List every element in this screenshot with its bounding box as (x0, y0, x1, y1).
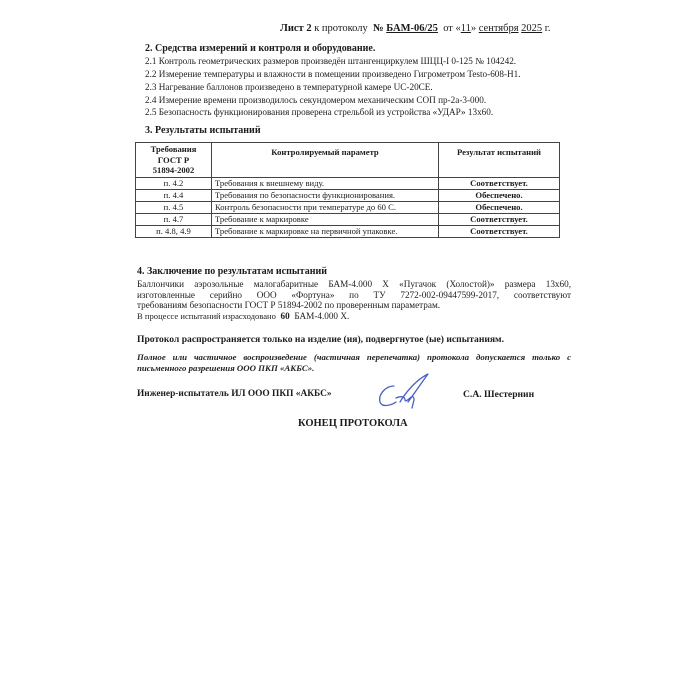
page-header: Лист 2 к протоколу № БАМ-06/25 от «11» с… (280, 23, 551, 34)
table-row: п. 4.7Требование к маркировкеСоответству… (136, 213, 560, 225)
clause-cell: п. 4.8, 4.9 (136, 225, 212, 237)
clause-cell: п. 4.7 (136, 213, 212, 225)
table-row: п. 4.8, 4.9Требование к маркировке на пе… (136, 225, 560, 237)
section-2-title: 2. Средства измерений и контроля и обору… (145, 43, 375, 54)
section-2-item: 2.1 Контроль геометрических размеров про… (145, 56, 516, 66)
result-cell: Соответствует. (439, 177, 560, 189)
reproduction-note: Полное или частичное воспроизведение (ча… (137, 352, 571, 373)
clause-cell: п. 4.2 (136, 177, 212, 189)
conclusion-line: Баллончики аэрозольные малогабаритные БА… (137, 279, 571, 289)
conclusion-line: изготовленные серийно ООО «Фортуна» по Т… (137, 290, 571, 300)
document-page: Лист 2 к протоколу № БАМ-06/25 от «11» с… (0, 0, 700, 700)
result-cell: Обеспечено. (439, 201, 560, 213)
section-2-item: 2.5 Безопасность функционирования провер… (145, 107, 493, 117)
result-cell: Обеспечено. (439, 189, 560, 201)
section-3-title: 3. Результаты испытаний (145, 125, 261, 136)
parameter-cell: Требование к маркировке (212, 213, 439, 225)
year: 2025 (521, 23, 542, 34)
signature-icon (372, 372, 442, 414)
consumed-count: 60 (281, 311, 290, 321)
table-header-row: Требования ГОСТ Р 51894-2002 Контролируе… (136, 143, 560, 178)
month: сентября (479, 23, 519, 34)
section-2-item: 2.4 Измерение времени производилось секу… (145, 95, 486, 105)
consumed-item: БАМ-4.000 Х. (294, 311, 349, 321)
protocol-number: БАМ-06/25 (386, 23, 438, 34)
section-2-item: 2.3 Нагревание баллонов произведено в те… (145, 82, 433, 92)
table-row: п. 4.2Требования к внешнему виду.Соответ… (136, 177, 560, 189)
signatory-name: С.А. Шестернин (463, 389, 534, 400)
signatory-position: Инженер-испытатель ИЛ ООО ПКП «АКБС» (137, 389, 332, 399)
to-protocol-text: к протоколу (314, 23, 368, 34)
scope-note: Протокол распространяется только на изде… (137, 334, 504, 345)
sheet-number: 2 (306, 23, 311, 34)
section-4-title: 4. Заключение по результатам испытаний (137, 266, 327, 277)
parameter-cell: Требования по безопасности функционирова… (212, 189, 439, 201)
number-sign: № (373, 23, 384, 34)
result-cell: Соответствует. (439, 225, 560, 237)
result-cell: Соответствует. (439, 213, 560, 225)
consumed-line: В процессе испытаний израсходовано 60 БА… (137, 311, 349, 321)
consumed-prefix: В процессе испытаний израсходовано (137, 311, 276, 321)
day-quote-close: » (471, 23, 476, 34)
results-table: Требования ГОСТ Р 51894-2002 Контролируе… (135, 142, 560, 238)
section-2-item: 2.2 Измерение температуры и влажности в … (145, 69, 521, 79)
table-row: п. 4.4Требования по безопасности функцио… (136, 189, 560, 201)
from-text: от (443, 23, 453, 34)
sheet-prefix: Лист (280, 23, 304, 34)
end-of-protocol: КОНЕЦ ПРОТОКОЛА (298, 418, 408, 429)
day: 11 (461, 23, 471, 34)
table-row: п. 4.5Контроль безопасности при температ… (136, 201, 560, 213)
header-result: Результат испытаний (439, 143, 560, 178)
parameter-cell: Контроль безопасности при температуре до… (212, 201, 439, 213)
parameter-cell: Требования к внешнему виду. (212, 177, 439, 189)
clause-cell: п. 4.5 (136, 201, 212, 213)
parameter-cell: Требование к маркировке на первичной упа… (212, 225, 439, 237)
clause-cell: п. 4.4 (136, 189, 212, 201)
header-requirement: Требования ГОСТ Р 51894-2002 (136, 143, 212, 178)
conclusion-line: требованиям безопасности ГОСТ Р 51894-20… (137, 300, 571, 310)
year-suffix: г. (545, 23, 551, 34)
header-parameter: Контролируемый параметр (212, 143, 439, 178)
